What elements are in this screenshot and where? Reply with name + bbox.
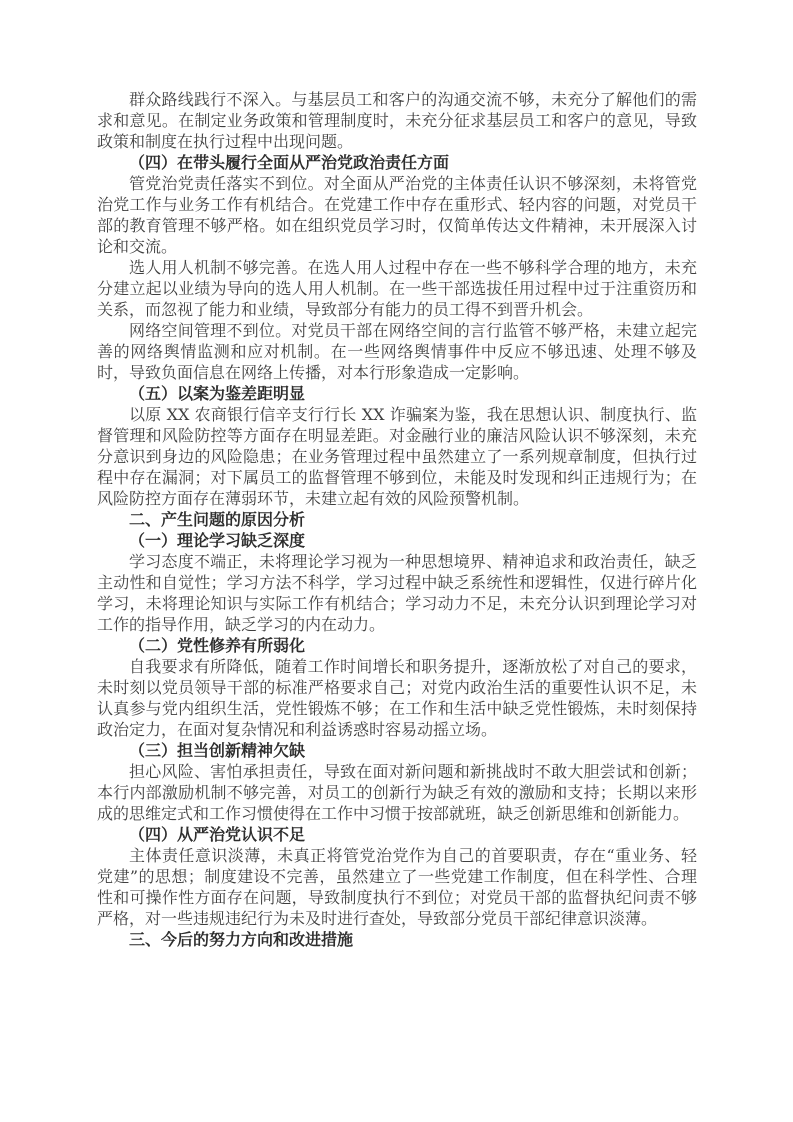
document-body: 群众路线践行不深入。与基层员工和客户的沟通交流不够，未充分了解他们的需求和意见。… <box>97 89 697 950</box>
paragraph: 主体责任意识淡薄，未真正将管党治党作为自己的首要职责，存在“重业务、轻党建”的思… <box>97 845 697 929</box>
section-heading-theory-study: （一）理论学习缺乏深度 <box>97 530 697 551</box>
section-heading-responsibility: （四）在带头履行全面从严治党政治责任方面 <box>97 152 697 173</box>
chapter-heading-cause-analysis: 二、产生问题的原因分析 <box>97 509 697 530</box>
chapter-heading-future-measures: 三、今后的努力方向和改进措施 <box>97 929 697 950</box>
paragraph: 网络空间管理不到位。对党员干部在网络空间的言行监管不够严格，未建立起完善的网络舆… <box>97 320 697 383</box>
paragraph: 选人用人机制不够完善。在选人用人过程中存在一些不够科学合理的地方，未充分建立起以… <box>97 257 697 320</box>
paragraph: 学习态度不端正，未将理论学习视为一种思想境界、精神追求和政治责任，缺乏主动性和自… <box>97 551 697 635</box>
paragraph: 担心风险、害怕承担责任，导致在面对新问题和新挑战时不敢大胆尝试和创新；本行内部激… <box>97 761 697 824</box>
paragraph: 以原 XX 农商银行信辛支行行长 XX 诈骗案为鉴，我在思想认识、制度执行、监督… <box>97 404 697 509</box>
paragraph: 群众路线践行不深入。与基层员工和客户的沟通交流不够，未充分了解他们的需求和意见。… <box>97 89 697 152</box>
document-page: 群众路线践行不深入。与基层员工和客户的沟通交流不够，未充分了解他们的需求和意见。… <box>0 0 793 1122</box>
section-heading-party-spirit: （二）党性修养有所弱化 <box>97 635 697 656</box>
section-heading-strict-governance: （四）从严治党认识不足 <box>97 824 697 845</box>
paragraph: 自我要求有所降低，随着工作时间增长和职务提升，逐渐放松了对自己的要求，未时刻以党… <box>97 656 697 740</box>
paragraph: 管党治党责任落实不到位。对全面从严治党的主体责任认识不够深刻，未将管党治党工作与… <box>97 173 697 257</box>
section-heading-innovation: （三）担当创新精神欠缺 <box>97 740 697 761</box>
section-heading-case-lesson: （五）以案为鉴差距明显 <box>97 383 697 404</box>
